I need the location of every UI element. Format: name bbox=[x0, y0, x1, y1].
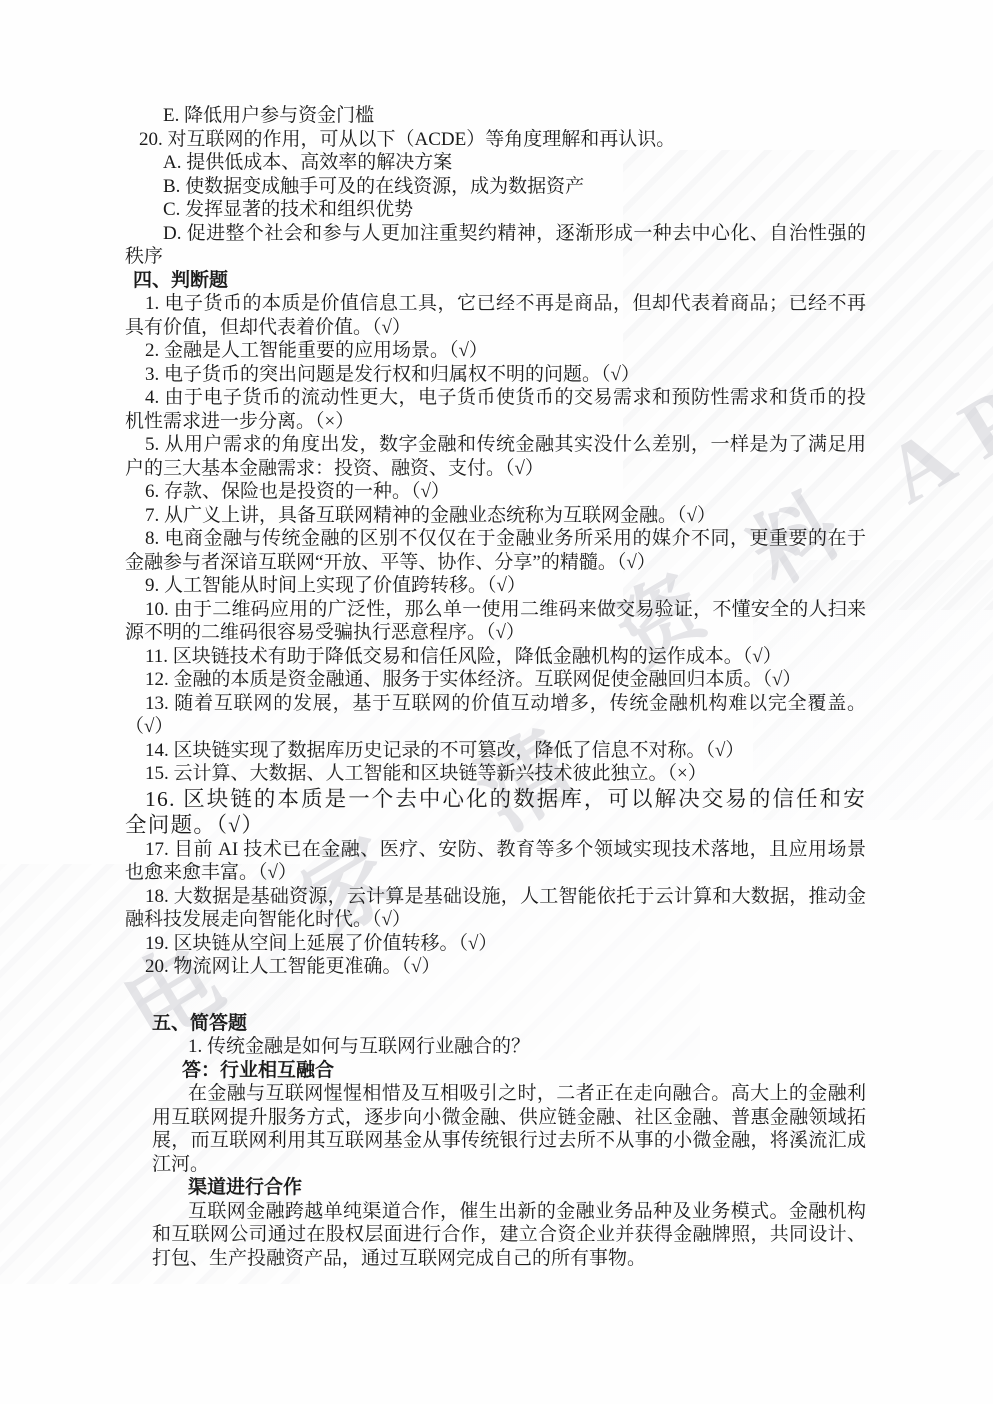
judgment-item-17: 17. 目前 AI 技术已在金融、医疗、安防、教育等多个领域实现技术落地，且应用… bbox=[125, 838, 866, 885]
mc-option-d: D. 促进整个社会和参与人更加注重契约精神，逐渐形成一种去中心化、自治性强的秩序 bbox=[125, 222, 866, 269]
judgment-item-19: 19. 区块链从空间上延展了价值转移。（√） bbox=[125, 932, 866, 956]
judgment-item-8: 8. 电商金融与传统金融的区别不仅仅在于金融业务所采用的媒介不同，更重要的在于金… bbox=[125, 527, 866, 574]
document-body: E. 降低用户参与资金门槛 20. 对互联网的作用，可从以下（ACDE）等角度理… bbox=[125, 104, 866, 1270]
judgment-item-6: 6. 存款、保险也是投资的一种。（√） bbox=[125, 480, 866, 504]
answer-paragraph-2: 互联网金融跨越单纯渠道合作，催生出新的金融业务品种及业务模式。金融机构和互联网公… bbox=[152, 1200, 866, 1271]
judgment-item-7: 7. 从广义上讲，具备互联网精神的金融业态统称为互联网金融。（√） bbox=[125, 504, 866, 528]
mc-option-e: E. 降低用户参与资金门槛 bbox=[125, 104, 866, 128]
short-answer-section: 五、简答题 1. 传统金融是如何与互联网行业融合的？ 答：行业相互融合 在金融与… bbox=[152, 1012, 866, 1271]
judgment-item-9: 9. 人工智能从时间上实现了价值跨转移。（√） bbox=[125, 574, 866, 598]
answer-paragraph-1: 在金融与互联网惺惺相惜及互相吸引之时，二者正在走向融合。高大上的金融利用互联网提… bbox=[152, 1082, 866, 1176]
mc-question-20: 20. 对互联网的作用，可从以下（ACDE）等角度理解和再认识。 bbox=[125, 128, 866, 152]
mc-option-a: A. 提供低成本、高效率的解决方案 bbox=[125, 151, 866, 175]
judgment-item-5: 5. 从用户需求的角度出发，数字金融和传统金融其实没什么差别，一样是为了满足用户… bbox=[125, 433, 866, 480]
judgment-item-18: 18. 大数据是基础资源，云计算是基础设施，人工智能依托于云计算和大数据，推动金… bbox=[125, 885, 866, 932]
judgment-item-13: 13. 随着互联网的发展，基于互联网的价值互动增多，传统金融机构难以完全覆盖。（… bbox=[125, 692, 866, 739]
short-answer-section-title: 五、简答题 bbox=[152, 1012, 866, 1036]
judgment-item-11: 11. 区块链技术有助于降低交易和信任风险，降低金融机构的运作成本。（√） bbox=[125, 645, 866, 669]
judgment-item-15: 15. 云计算、大数据、人工智能和区块链等新兴技术彼此独立。（×） bbox=[125, 762, 866, 786]
judgment-item-12: 12. 金融的本质是资金融通、服务于实体经济。互联网促使金融回归本质。（√） bbox=[125, 668, 866, 692]
judgment-item-3: 3. 电子货币的突出问题是发行权和归属权不明的问题。（√） bbox=[125, 363, 866, 387]
judgment-section-title: 四、判断题 bbox=[125, 269, 866, 293]
judgment-item-4: 4. 由于电子货币的流动性更大，电子货币使货币的交易需求和预防性需求和货币的投机… bbox=[125, 386, 866, 433]
judgment-item-14: 14. 区块链实现了数据库历史记录的不可篡改，降低了信息不对称。（√） bbox=[125, 739, 866, 763]
judgment-item-2: 2. 金融是人工智能重要的应用场景。（√） bbox=[125, 339, 866, 363]
mc-option-c: C. 发挥显著的技术和组织优势 bbox=[125, 198, 866, 222]
answer-subheading: 渠道进行合作 bbox=[152, 1176, 866, 1200]
document-page: 电 家 清 资 料 APP E. 降低用户参与资金门槛 20. 对互联网的作用，… bbox=[0, 0, 993, 1404]
answer-heading: 答：行业相互融合 bbox=[152, 1059, 866, 1083]
short-answer-question-1: 1. 传统金融是如何与互联网行业融合的？ bbox=[152, 1035, 866, 1059]
mc-option-b: B. 使数据变成触手可及的在线资源，成为数据资产 bbox=[125, 175, 866, 199]
judgment-item-10: 10. 由于二维码应用的广泛性，那么单一使用二维码来做交易验证，不懂安全的人扫来… bbox=[125, 598, 866, 645]
judgment-item-20: 20. 物流网让人工智能更准确。（√） bbox=[125, 955, 866, 979]
judgment-item-1: 1. 电子货币的本质是价值信息工具，它已经不再是商品，但却代表着商品；已经不再具… bbox=[125, 292, 866, 339]
judgment-item-16: 16. 区块链的本质是一个去中心化的数据库，可以解决交易的信任和安全问题。（√） bbox=[125, 786, 866, 838]
